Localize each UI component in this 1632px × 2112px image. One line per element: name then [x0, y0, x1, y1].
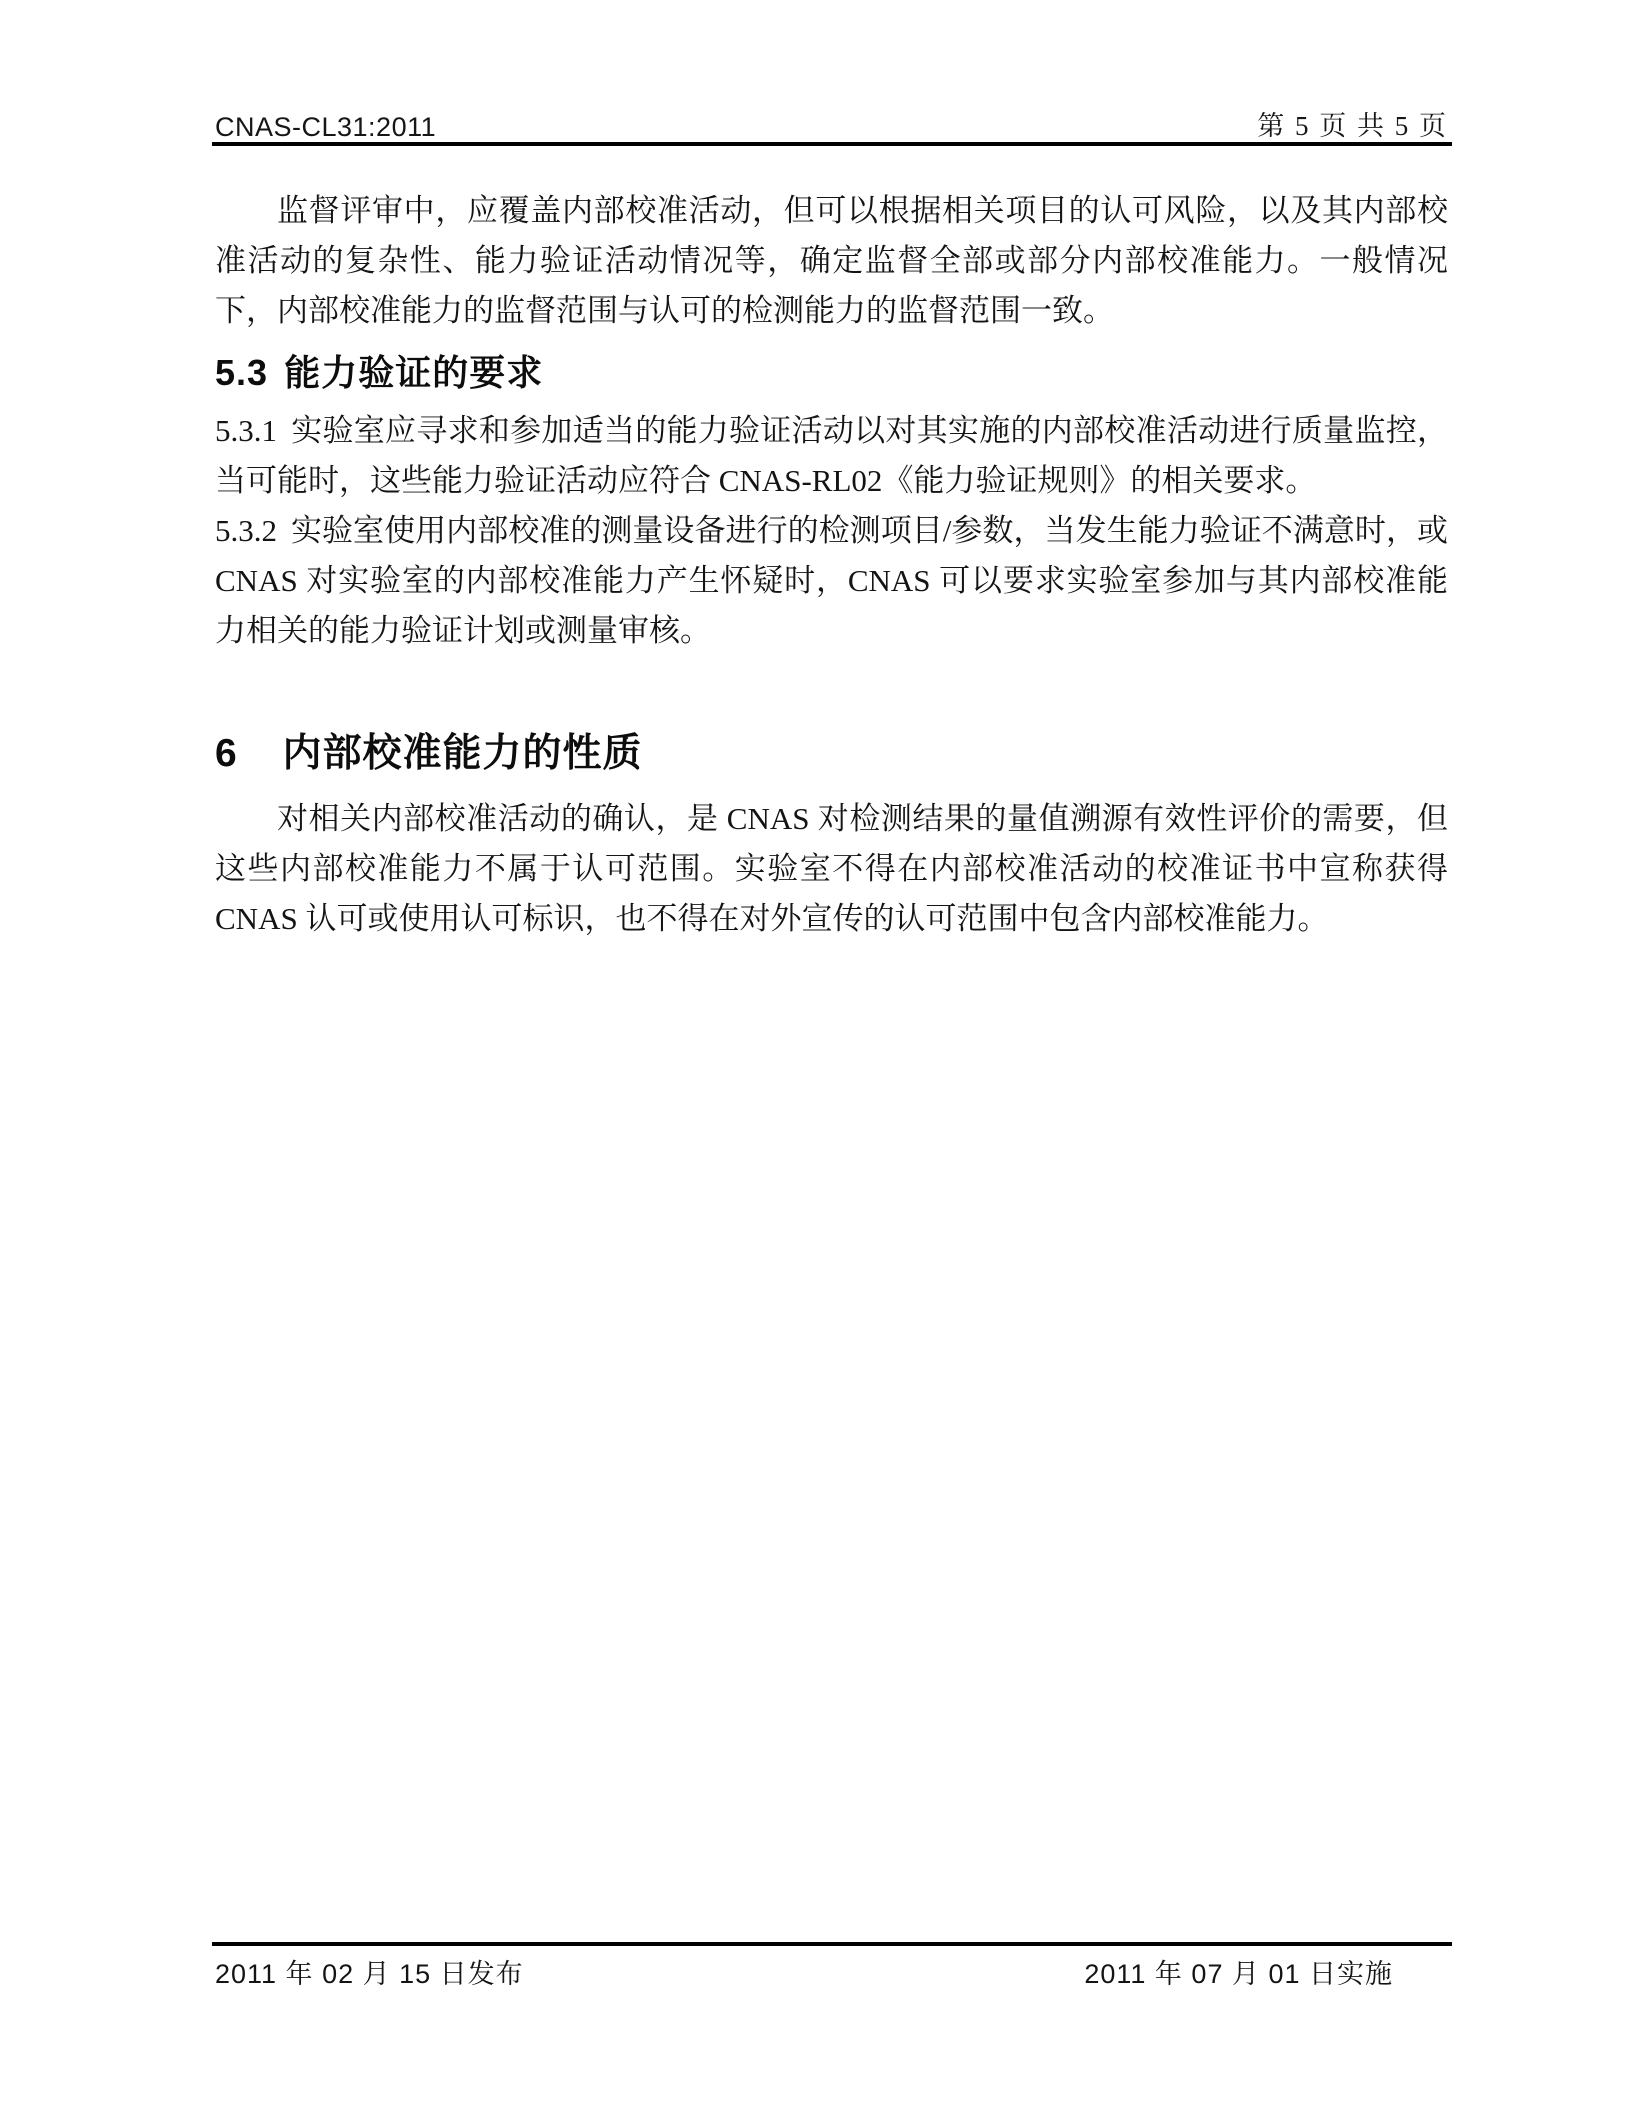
clause-5-3-2-number: 5.3.2	[215, 513, 277, 548]
document-page: CNAS-CL31:2011 第 5 页 共 5 页 监督评审中，应覆盖内部校准…	[0, 0, 1632, 2112]
section-6-paragraph: 对相关内部校准活动的确认，是 CNAS 对检测结果的量值溯源有效性评价的需要，但…	[215, 794, 1448, 944]
section-5-3-number: 5.3	[215, 352, 268, 393]
section-6-number: 6	[215, 732, 238, 775]
section-5-3-title: 能力验证的要求	[284, 352, 543, 393]
document-code: CNAS-CL31:2011	[215, 112, 436, 143]
implementation-date: 2011 年 07 月 01 日实施	[1084, 1952, 1393, 1991]
release-date: 2011 年 02 月 15 日发布	[215, 1952, 524, 1991]
section-5-3-heading: 5.3能力验证的要求	[215, 350, 1448, 396]
document-body: 监督评审中，应覆盖内部校准活动，但可以根据相关项目的认可风险，以及其内部校准活动…	[215, 186, 1448, 944]
section-6-title: 内部校准能力的性质	[283, 732, 643, 775]
clause-5-3-1-number: 5.3.1	[215, 413, 277, 448]
page-header: CNAS-CL31:2011 第 5 页 共 5 页	[215, 103, 1448, 143]
clause-5-3-2-paragraph: 5.3.2实验室使用内部校准的测量设备进行的检测项目/参数，当发生能力验证不满意…	[215, 506, 1448, 656]
header-divider	[212, 142, 1452, 146]
page-footer: 2011 年 02 月 15 日发布 2011 年 07 月 01 日实施	[215, 1952, 1393, 1991]
footer-divider	[212, 1942, 1452, 1946]
clause-5-3-1-paragraph: 5.3.1实验室应寻求和参加适当的能力验证活动以对其实施的内部校准活动进行质量监…	[215, 406, 1448, 506]
clause-5-3-2-text: 实验室使用内部校准的测量设备进行的检测项目/参数，当发生能力验证不满意时，或 C…	[215, 513, 1448, 648]
intro-paragraph: 监督评审中，应覆盖内部校准活动，但可以根据相关项目的认可风险，以及其内部校准活动…	[215, 186, 1448, 336]
section-6-heading: 6内部校准能力的性质	[215, 730, 1448, 778]
page-number-indicator: 第 5 页 共 5 页	[1257, 104, 1448, 143]
clause-5-3-1-text: 实验室应寻求和参加适当的能力验证活动以对其实施的内部校准活动进行质量监控，当可能…	[215, 413, 1448, 498]
